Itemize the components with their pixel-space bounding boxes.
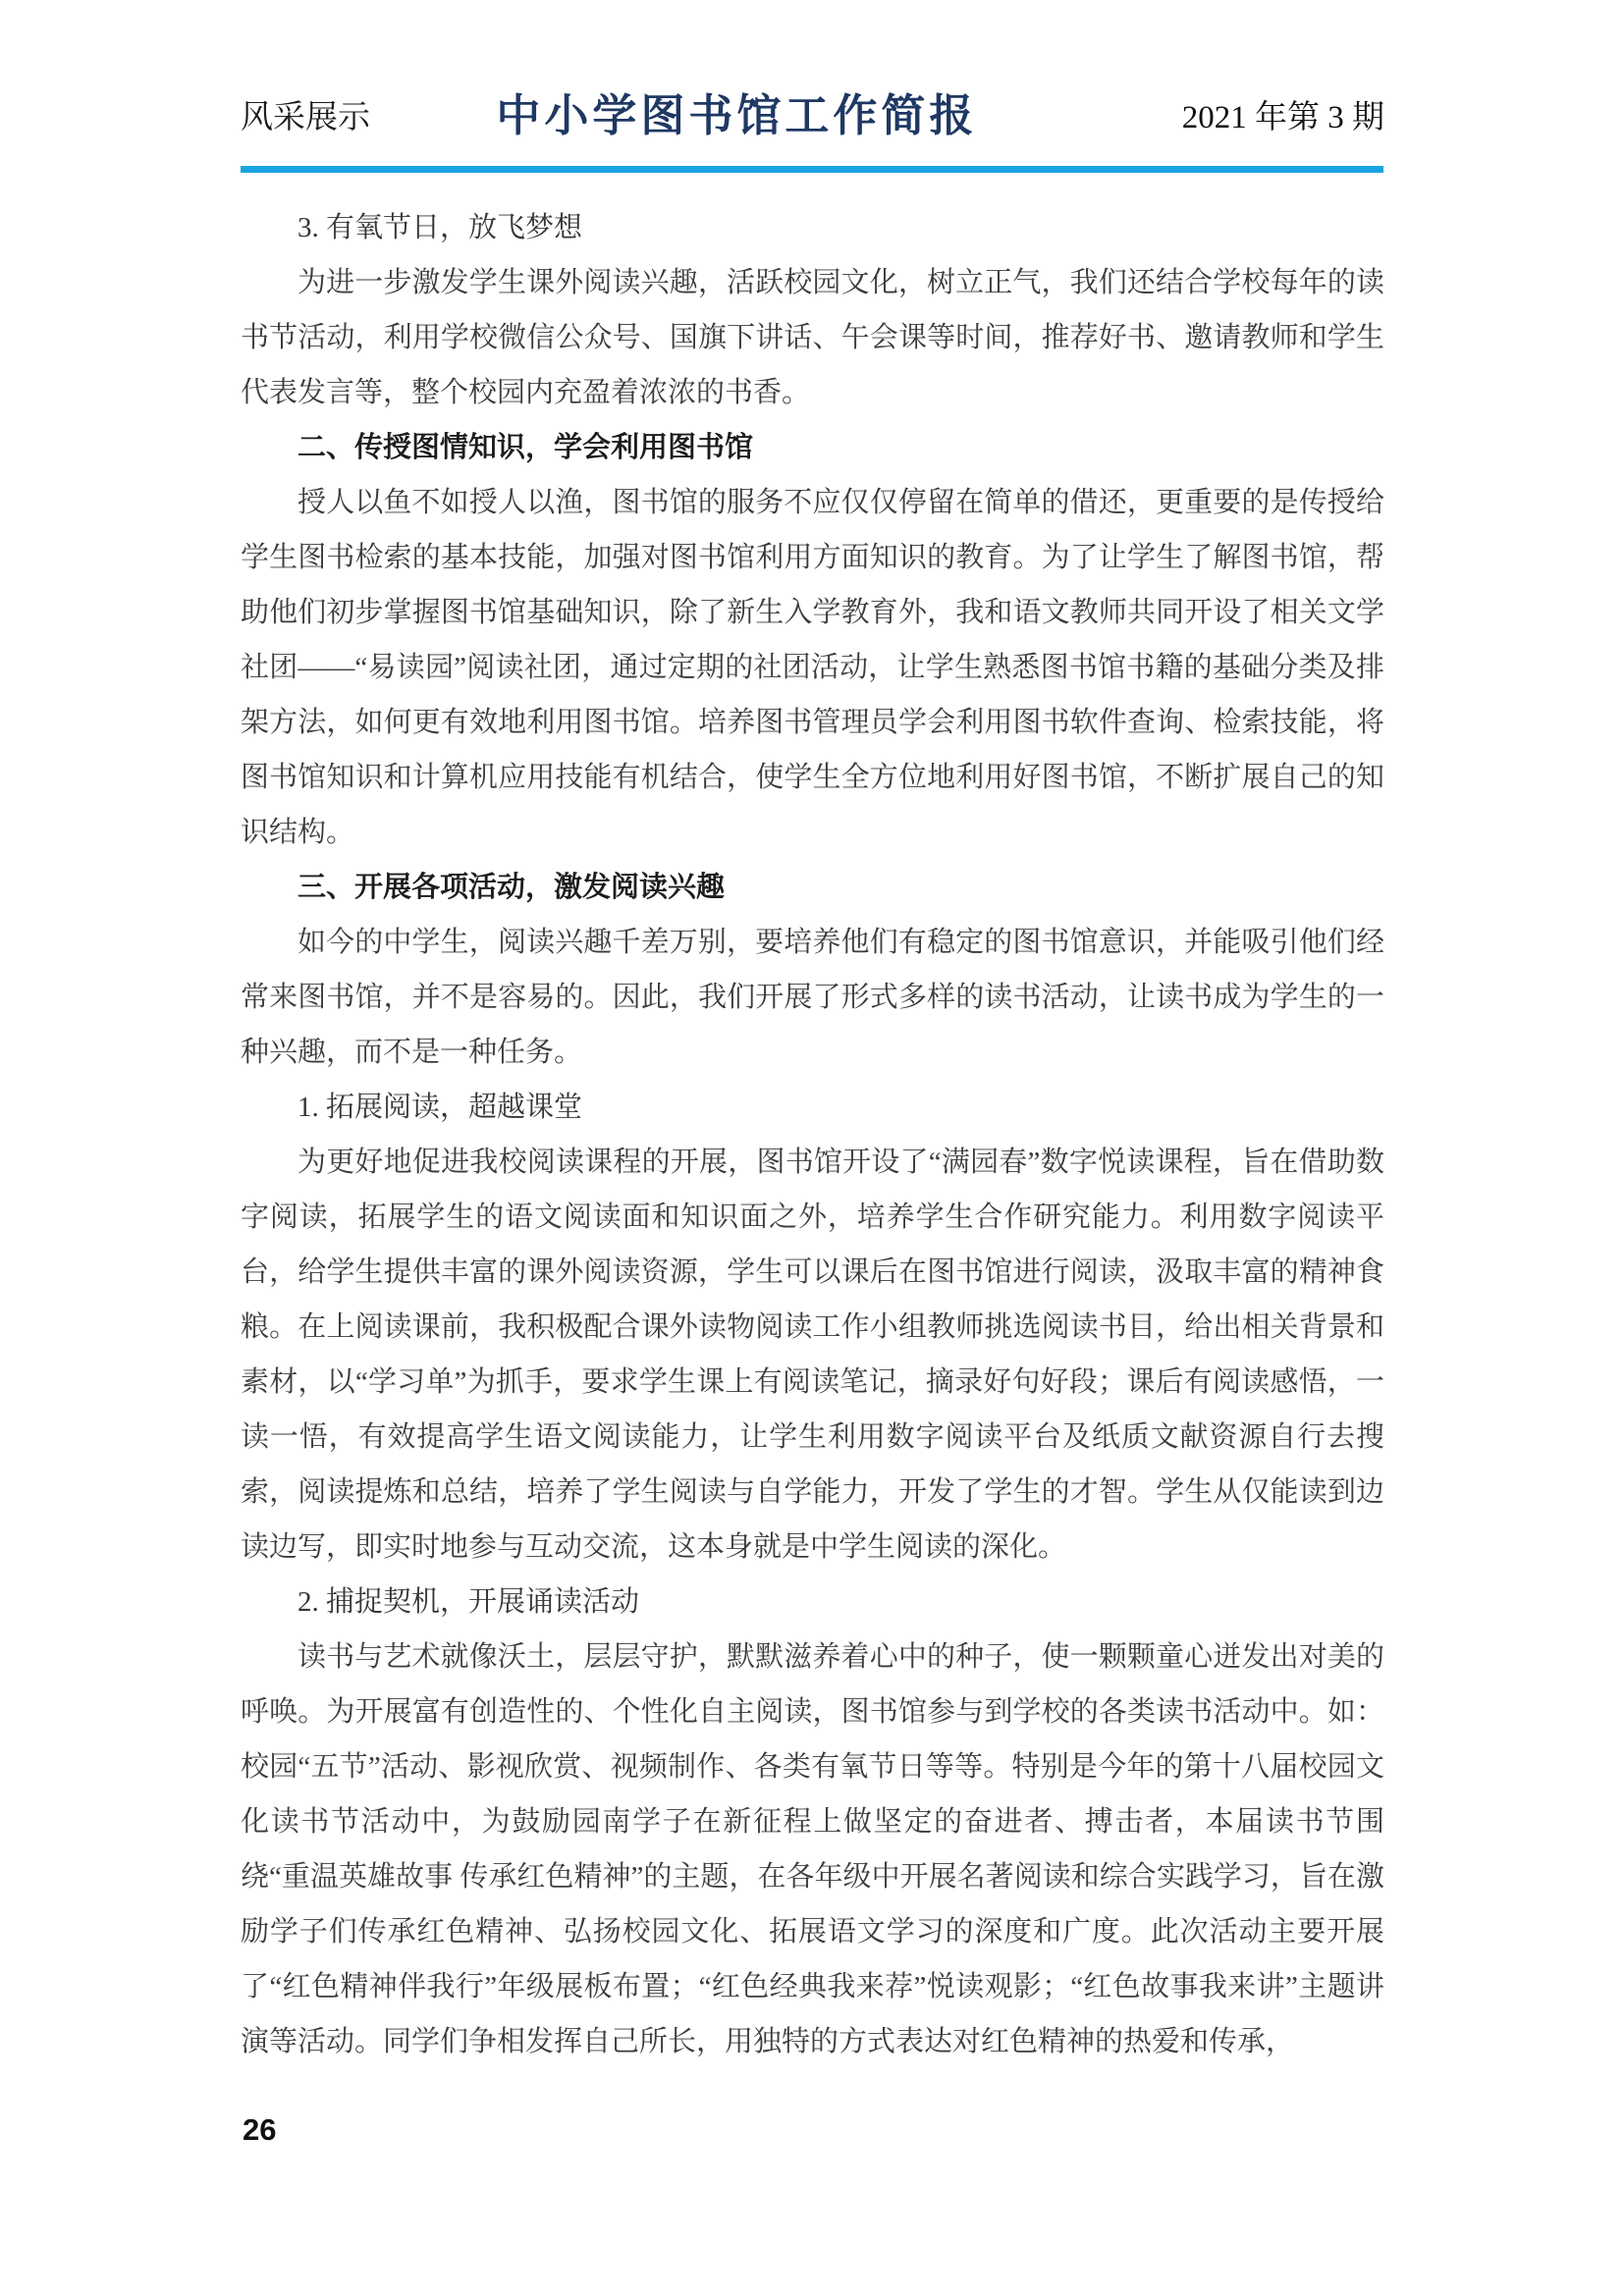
paragraph: 如今的中学生，阅读兴趣千差万别，要培养他们有稳定的图书馆意识，并能吸引他们经常来… — [241, 915, 1384, 1080]
header-rule — [241, 166, 1383, 173]
paragraph-subheading: 2. 捕捉契机，开展诵读活动 — [241, 1575, 1384, 1629]
paragraph: 授人以鱼不如授人以渔，图书馆的服务不应仅仅停留在简单的借还，更重要的是传授给学生… — [241, 475, 1384, 860]
page-number: 26 — [243, 2112, 276, 2148]
document-page: 风采展示 中小学图书馆工作简报 2021 年第 3 期 3. 有氧节日，放飞梦想… — [0, 0, 1624, 2296]
paragraph: 为进一步激发学生课外阅读兴趣，活跃校园文化，树立正气，我们还结合学校每年的读书节… — [241, 255, 1384, 420]
paragraph: 为更好地促进我校阅读课程的开展，图书馆开设了“满园春”数字悦读课程，旨在借助数字… — [241, 1135, 1384, 1575]
paragraph-heading: 二、传授图情知识，学会利用图书馆 — [241, 420, 1384, 475]
issue-label: 2021 年第 3 期 — [1182, 102, 1384, 138]
section-label: 风采展示 — [241, 102, 370, 138]
paragraph-heading: 三、开展各项活动，激发阅读兴趣 — [241, 860, 1384, 915]
article-body: 3. 有氧节日，放飞梦想 为进一步激发学生课外阅读兴趣，活跃校园文化，树立正气，… — [241, 200, 1384, 2069]
paragraph: 读书与艺术就像沃土，层层守护，默默滋养着心中的种子，使一颗颗童心迸发出对美的呼唤… — [241, 1629, 1384, 2069]
newsletter-title: 中小学图书馆工作简报 — [496, 94, 977, 138]
paragraph-subheading: 1. 拓展阅读，超越课堂 — [241, 1080, 1384, 1135]
paragraph-subheading: 3. 有氧节日，放飞梦想 — [241, 200, 1384, 255]
page-header: 风采展示 中小学图书馆工作简报 2021 年第 3 期 — [241, 94, 1384, 138]
